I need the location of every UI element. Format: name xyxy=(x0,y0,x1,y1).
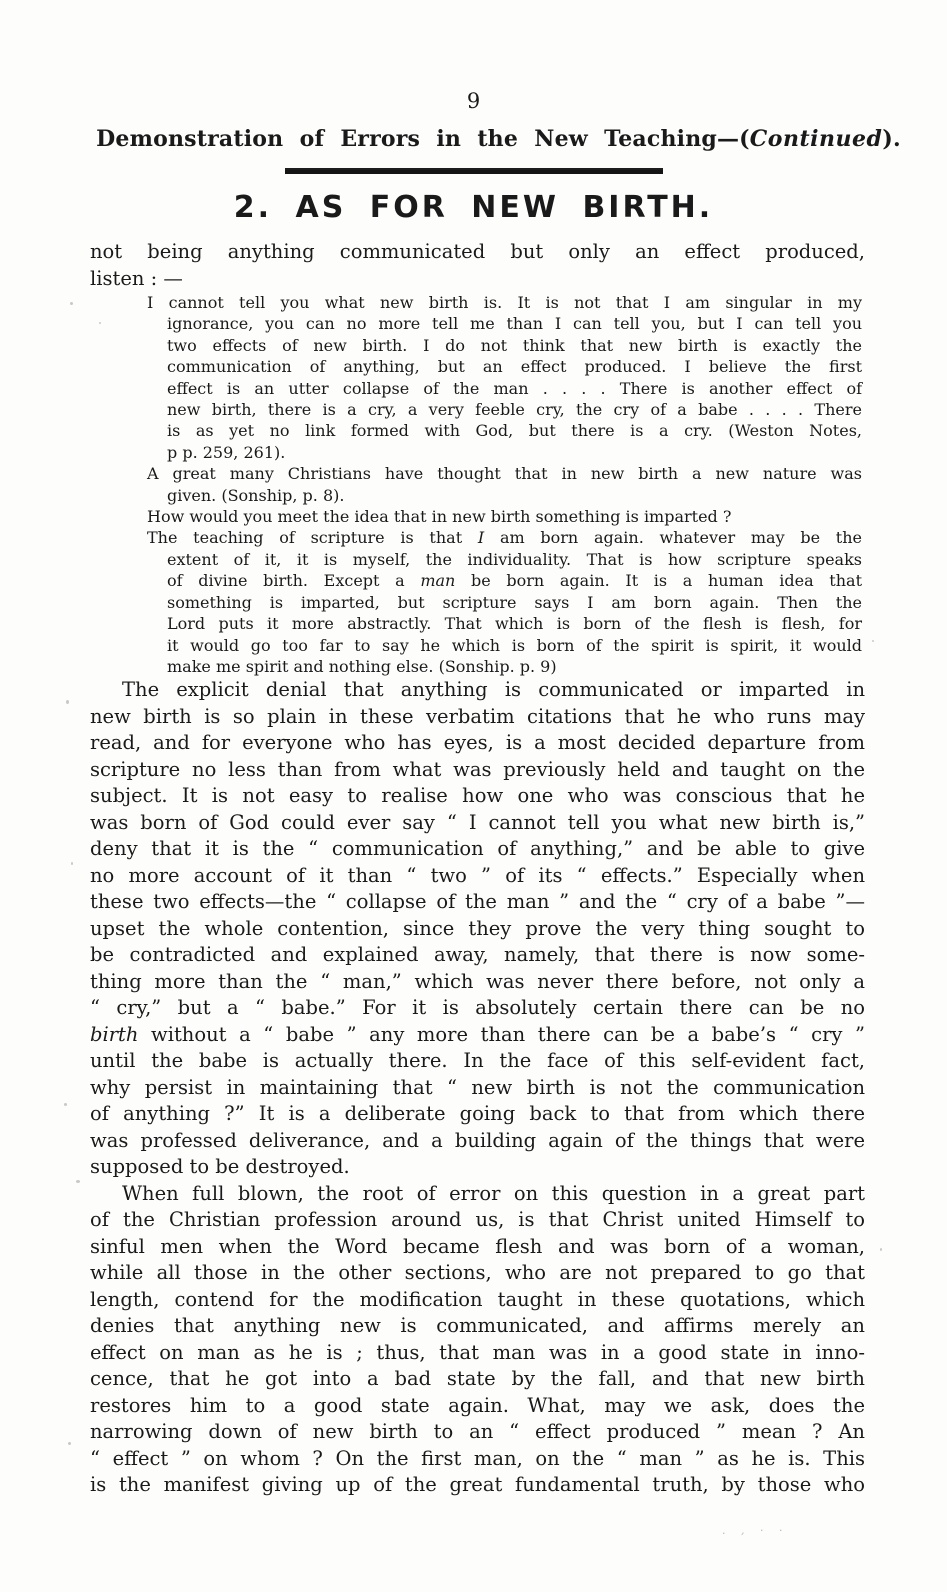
text-line: narrowing down of new birth to an “ effe… xyxy=(90,1419,865,1446)
body-paragraph: When full blown, the root of error on th… xyxy=(90,1181,865,1499)
text-line: while all those in the other sections, w… xyxy=(90,1260,865,1287)
text-line: of anything ?” It is a deliberate going … xyxy=(90,1101,865,1128)
text-line: listen : — xyxy=(90,266,865,293)
text-line: until the babe is actually there. In the… xyxy=(90,1048,865,1075)
text-line: was professed deliverance, and a buildin… xyxy=(90,1128,865,1155)
scan-speckle xyxy=(68,1442,71,1445)
text-line: scripture no less than from what was pre… xyxy=(90,757,865,784)
text-line: something is imparted, but scripture say… xyxy=(167,592,862,613)
text-line: A great many Christians have thought tha… xyxy=(167,463,862,484)
text-line: make me spirit and nothing else. (Sonshi… xyxy=(167,656,862,677)
text-line: why persist in maintaining that “ new bi… xyxy=(90,1075,865,1102)
scan-speckle xyxy=(70,302,73,305)
text-line: How would you meet the idea that in new … xyxy=(167,506,862,527)
text-line: read, and for everyone who has eyes, is … xyxy=(90,730,865,757)
text-line: two effects of new birth. I do not think… xyxy=(167,335,862,356)
scan-speckle xyxy=(872,640,874,642)
text-line: effect is an utter collapse of the man .… xyxy=(167,378,862,399)
scan-speckle xyxy=(880,1248,882,1251)
text-line: The teaching of scripture is that I am b… xyxy=(167,527,862,548)
extract-quote-block: How would you meet the idea that in new … xyxy=(167,506,862,527)
text-line: effect on man as he is ; thus, that man … xyxy=(90,1340,865,1367)
text-line: I cannot tell you what new birth is. It … xyxy=(167,292,862,313)
running-header: Demonstration of Errors in the New Teach… xyxy=(90,124,907,154)
running-header-dash: —( xyxy=(717,126,750,152)
text-line: extent of it, it is myself, the individu… xyxy=(167,549,862,570)
scan-speckle xyxy=(76,1180,80,1183)
text-line: given. (Sonship, p. 8). xyxy=(167,485,862,506)
text-line: sinful men when the Word became flesh an… xyxy=(90,1234,865,1261)
text-line: The explicit denial that anything is com… xyxy=(90,677,865,704)
text-line: it would go too far to say he which is b… xyxy=(167,635,862,656)
text-line: new birth is so plain in these verbatim … xyxy=(90,704,865,731)
text-line: p p. 259, 261). xyxy=(167,442,862,463)
text-line: of divine birth. Except a man be born ag… xyxy=(167,570,862,591)
scan-speckle xyxy=(99,322,101,324)
running-header-close: ). xyxy=(882,126,900,152)
running-header-title: Demonstration of Errors in the New Teach… xyxy=(96,126,717,152)
scanned-document-page: 9 Demonstration of Errors in the New Tea… xyxy=(0,0,947,1592)
text-line: ignorance, you can no more tell me than … xyxy=(167,313,862,334)
text-line: is the manifest giving up of the great f… xyxy=(90,1472,865,1499)
text-line: supposed to be destroyed. xyxy=(90,1154,865,1181)
scan-speckle xyxy=(71,862,73,865)
text-line: no more account of it than “ two ” of it… xyxy=(90,863,865,890)
text-line: subject. It is not easy to realise how o… xyxy=(90,783,865,810)
text-line: is as yet no link formed with God, but t… xyxy=(167,420,862,441)
text-line: restores him to a good state again. What… xyxy=(90,1393,865,1420)
text-line: birth without a “ babe ” any more than t… xyxy=(90,1022,865,1049)
text-line: upset the whole contention, since they p… xyxy=(90,916,865,943)
text-line: thing more than the “ man,” which was ne… xyxy=(90,969,865,996)
text-line: deny that it is the “ communication of a… xyxy=(90,836,865,863)
text-line: cence, that he got into a bad state by t… xyxy=(90,1366,865,1393)
text-line: length, contend for the modification tau… xyxy=(90,1287,865,1314)
section-heading: 2. AS FOR NEW BIRTH. xyxy=(0,191,947,225)
text-line: Lord puts it more abstractly. That which… xyxy=(167,613,862,634)
extract-quote-block: I cannot tell you what new birth is. It … xyxy=(167,292,862,463)
text-line: “ effect ” on whom ? On the first man, o… xyxy=(90,1446,865,1473)
scan-speckle xyxy=(66,700,69,704)
running-header-continued: Continued xyxy=(750,126,883,152)
text-blocks: not being anything communicated but only… xyxy=(90,239,865,1499)
text-line: be contradicted and explained away, name… xyxy=(90,942,865,969)
double-rule-divider xyxy=(285,168,663,174)
text-line: When full blown, the root of error on th… xyxy=(90,1181,865,1208)
text-line: communication of anything, but an effect… xyxy=(167,356,862,377)
page-number: 9 xyxy=(0,90,947,112)
text-line: was born of God could ever say “ I canno… xyxy=(90,810,865,837)
body-paragraph: not being anything communicated but only… xyxy=(90,239,865,292)
scan-speckle xyxy=(64,1103,67,1106)
extract-quote-block: The teaching of scripture is that I am b… xyxy=(167,527,862,677)
text-line: these two effects—the “ collapse of the … xyxy=(90,889,865,916)
text-line: of the Christian profession around us, i… xyxy=(90,1207,865,1234)
scan-noise-cluster: . , · · xyxy=(722,1524,812,1546)
text-line: new birth, there is a cry, a very feeble… xyxy=(167,399,862,420)
text-line: not being anything communicated but only… xyxy=(90,239,865,266)
text-line: denies that anything new is communicated… xyxy=(90,1313,865,1340)
body-paragraph: The explicit denial that anything is com… xyxy=(90,677,865,1181)
extract-quote-block: A great many Christians have thought tha… xyxy=(167,463,862,506)
text-line: “ cry,” but a “ babe.” For it is absolut… xyxy=(90,995,865,1022)
